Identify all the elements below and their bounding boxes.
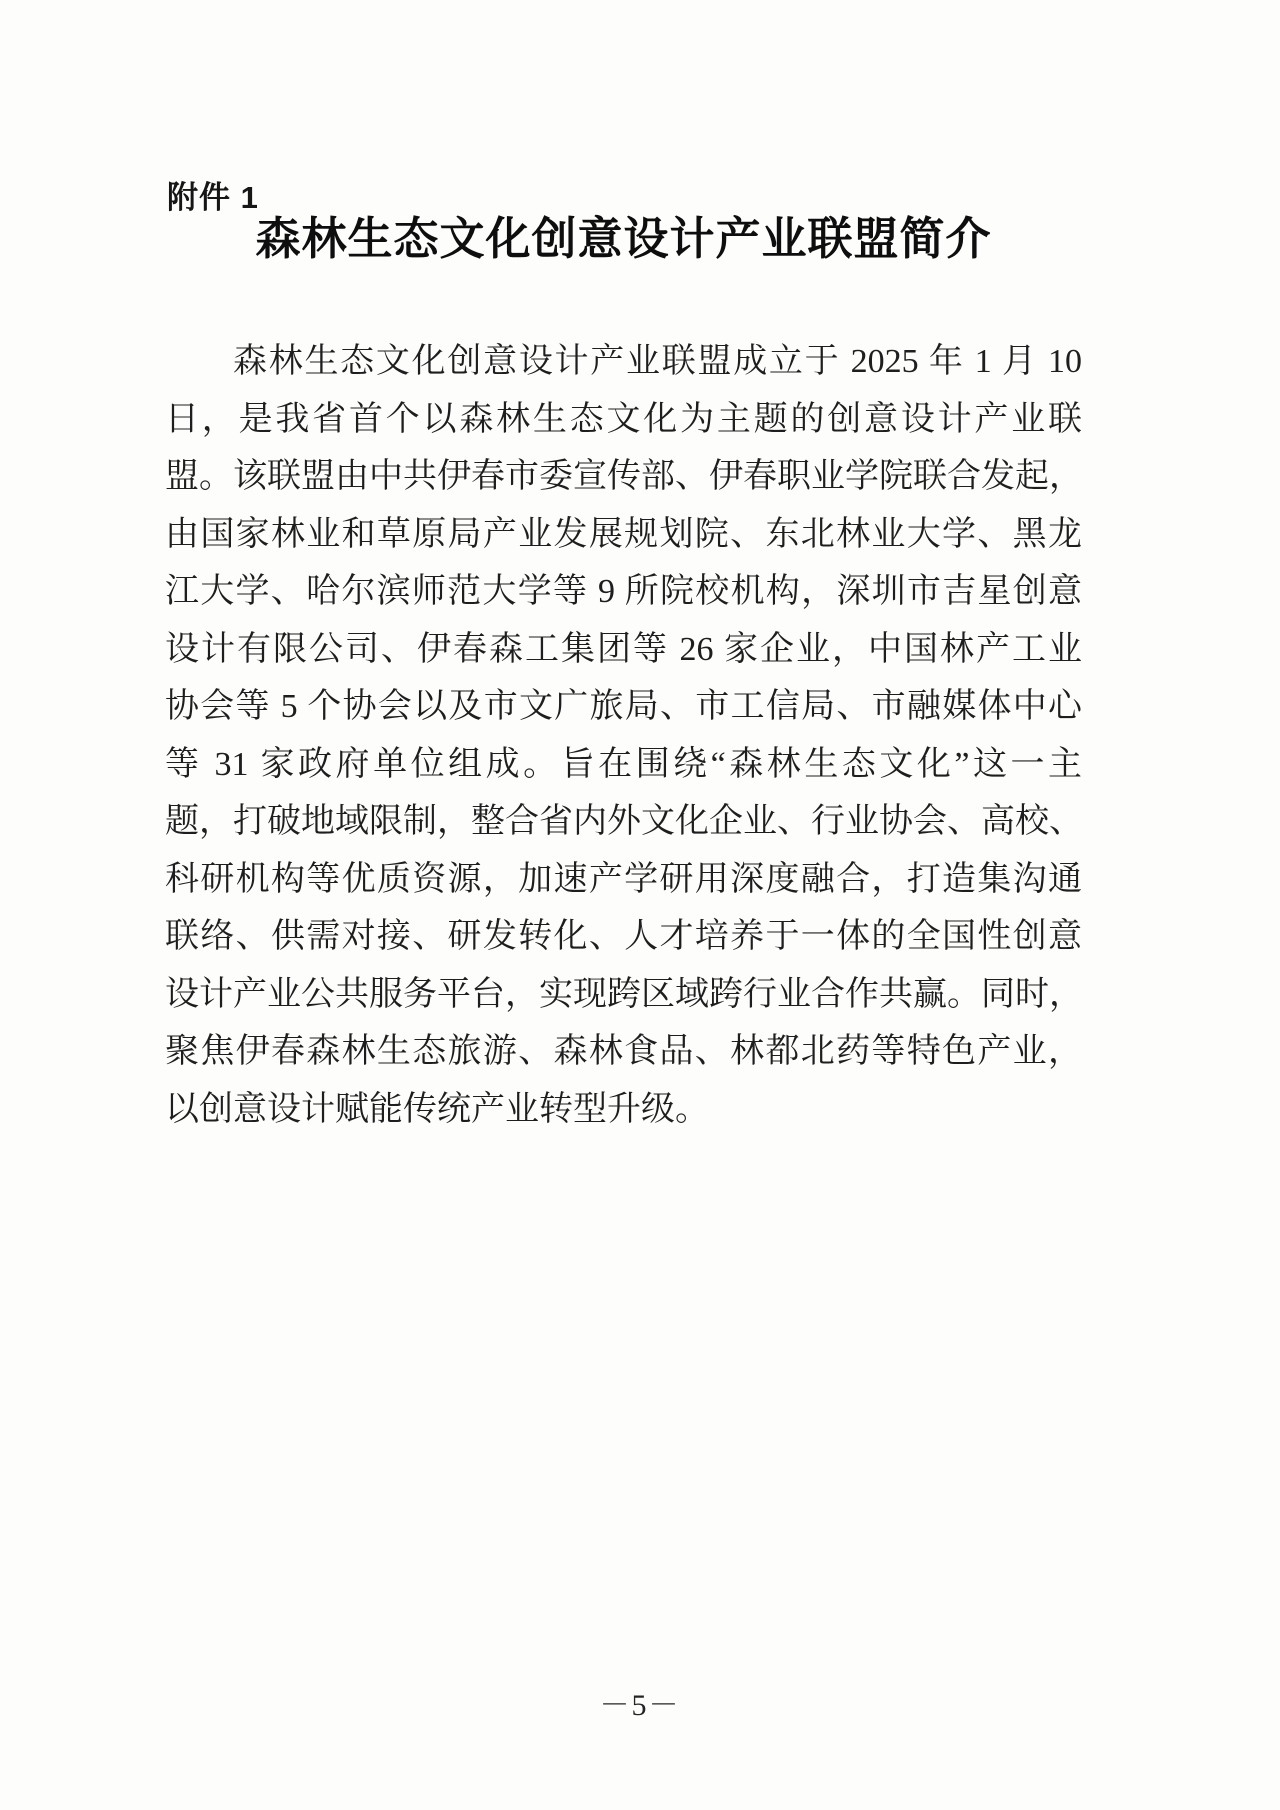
body-line: 由国家林业和草原局产业发展规划院、东北林业大学、黑龙 [165, 506, 1082, 564]
page-number: －5－ [0, 1680, 1280, 1724]
body-paragraph: 森林生态文化创意设计产业联盟成立于 2025 年 1 月 10日，是我省首个以森… [165, 333, 1082, 1138]
body-line: 以创意设计赋能传统产业转型升级。 [165, 1081, 1082, 1139]
document-page: 附件 1 森林生态文化创意设计产业联盟简介 森林生态文化创意设计产业联盟成立于 … [0, 0, 1280, 1810]
body-line: 日，是我省首个以森林生态文化为主题的创意设计产业联 [165, 391, 1082, 449]
body-line: 盟。该联盟由中共伊春市委宣传部、伊春职业学院联合发起， [165, 448, 1082, 506]
body-line: 等 31 家政府单位组成。旨在围绕“森林生态文化”这一主 [165, 736, 1082, 794]
body-line: 江大学、哈尔滨师范大学等 9 所院校机构，深圳市吉星创意 [165, 563, 1082, 621]
body-line: 科研机构等优质资源，加速产学研用深度融合，打造集沟通 [165, 851, 1082, 909]
body-line: 聚焦伊春森林生态旅游、森林食品、林都北药等特色产业， [165, 1023, 1082, 1081]
body-line: 协会等 5 个协会以及市文广旅局、市工信局、市融媒体中心 [165, 678, 1082, 736]
body-line: 森林生态文化创意设计产业联盟成立于 2025 年 1 月 10 [165, 333, 1082, 391]
body-line: 联络、供需对接、研发转化、人才培养于一体的全国性创意 [165, 908, 1082, 966]
body-line: 设计有限公司、伊春森工集团等 26 家企业，中国林产工业 [165, 621, 1082, 679]
body-line: 设计产业公共服务平台，实现跨区域跨行业合作共赢。同时， [165, 966, 1082, 1024]
body-line: 题，打破地域限制，整合省内外文化企业、行业协会、高校、 [165, 793, 1082, 851]
page-title: 森林生态文化创意设计产业联盟简介 [165, 210, 1082, 268]
